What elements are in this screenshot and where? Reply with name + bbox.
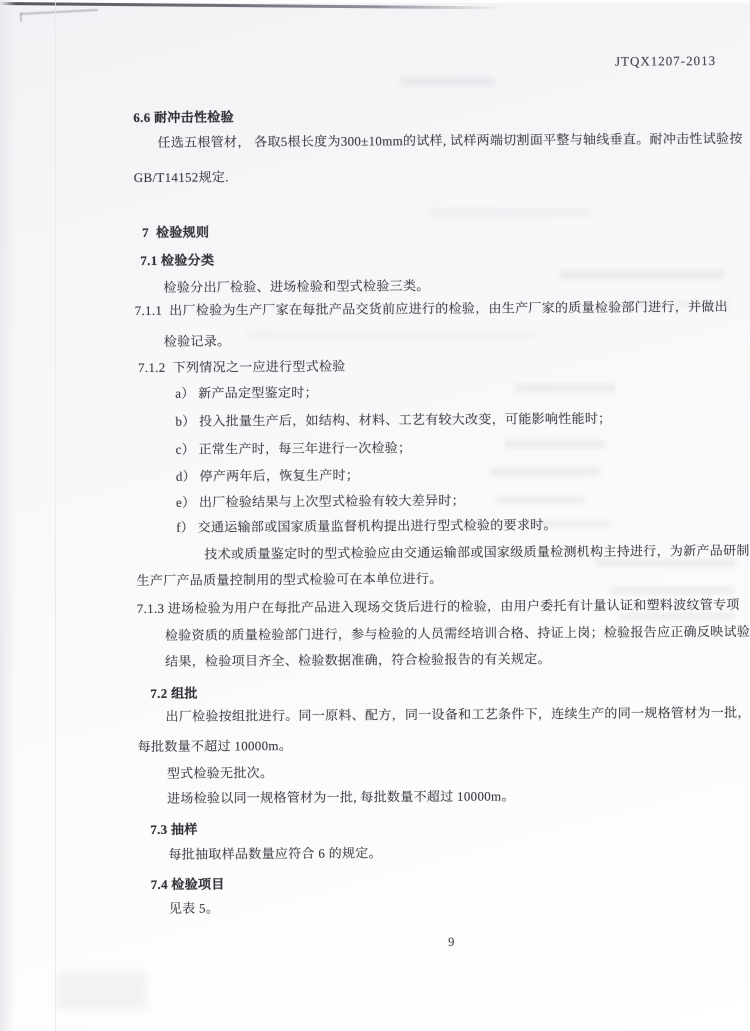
- list-item-e: e） 出厂检验结果与上次型式检验有较大差异时；: [176, 492, 465, 511]
- para-6-6-line-2: GB/T14152规定.: [134, 168, 229, 186]
- para-7-1-2: 7.1.2 下列情况之一应进行型式检验: [138, 358, 346, 376]
- para-7-2-line-2: 每批数量不超过 10000m。: [138, 737, 292, 755]
- para-7-1-2-note-line-2: 生产厂产品质量控制用的型式检验可在本单位进行。: [137, 570, 443, 589]
- para-7-1: 检验分出厂检验、进场检验和型式检验三类。: [163, 277, 429, 296]
- para-7-4: 见表 5。: [169, 899, 219, 916]
- para-7-1-1-line-1: 7.1.1 出厂检验为生产厂家在每批产品交货前应进行的检验，由生产厂家的质量检验…: [135, 298, 728, 319]
- para-7-1-1-line-2: 检验记录。: [164, 332, 231, 349]
- list-item-f: f） 交通运输部或国家质量监督机构提出进行型式检验的要求时。: [176, 516, 557, 536]
- para-7-1-2-note-line-1: 技术或质量鉴定时的型式检验应由交通运输部或国家级质量检测机构主持进行，为新产品研…: [204, 542, 750, 563]
- page-number: 9: [448, 934, 455, 951]
- heading-7-1-classification: 7.1 检验分类: [140, 251, 214, 269]
- para-7-1-3-line-3: 结果，检验项目齐全、检验数据准确，符合检验报告的有关规定。: [165, 650, 551, 670]
- para-7-1-3-line-1: 7.1.3 进场检验为用户在每批产品进入现场交货后进行的检验，由用户委托有计量认…: [137, 596, 740, 617]
- para-7-2-line-4: 进场检验以同一规格管材为一批, 每批数量不超过 10000m。: [167, 787, 515, 806]
- para-7-2-line-1: 出厂检验按组批进行。同一原料、配方，同一设备和工艺条件下，连续生产的同一规格管材…: [165, 704, 750, 725]
- list-item-c: c） 正常生产时，每三年进行一次检验；: [176, 439, 412, 458]
- para-7-1-3-line-2: 检验资质的质量检验部门进行，参与检验的人员需经培训合格、持证上岗；检验报告应正确…: [165, 623, 750, 644]
- heading-7-2-batching: 7.2 组批: [150, 685, 197, 702]
- document-text-layer: JTQX1207-2013 6.6 耐冲击性检验任选五根管材， 各取5根长度为3…: [0, 0, 750, 1031]
- scanned-page: JTQX1207-2013 6.6 耐冲击性检验任选五根管材， 各取5根长度为3…: [0, 0, 750, 1031]
- standard-code: JTQX1207-2013: [615, 52, 716, 70]
- heading-7-inspection-rules: 7 检验规则: [142, 224, 209, 241]
- heading-6-6-impact-test: 6.6 耐冲击性检验: [133, 108, 234, 126]
- list-item-a: a） 新产品定型鉴定时；: [175, 384, 318, 402]
- heading-7-3-sampling: 7.3 抽样: [150, 821, 197, 838]
- list-item-d: d） 停产两年后，恢复生产时；: [176, 466, 359, 484]
- para-6-6-line-1: 任选五根管材， 各取5根长度为300±10mm的试样, 试样两端切割面平整与轴线…: [157, 130, 742, 151]
- para-7-3: 每批抽取样品数量应符合 6 的规定。: [168, 844, 382, 862]
- para-7-2-line-3: 型式检验无批次。: [167, 764, 274, 782]
- list-item-b: b） 投入批量生产后，如结构、材料、工艺有较大改变，可能影响性能时；: [175, 410, 611, 430]
- heading-7-4-inspection-items: 7.4 检验项目: [151, 875, 225, 893]
